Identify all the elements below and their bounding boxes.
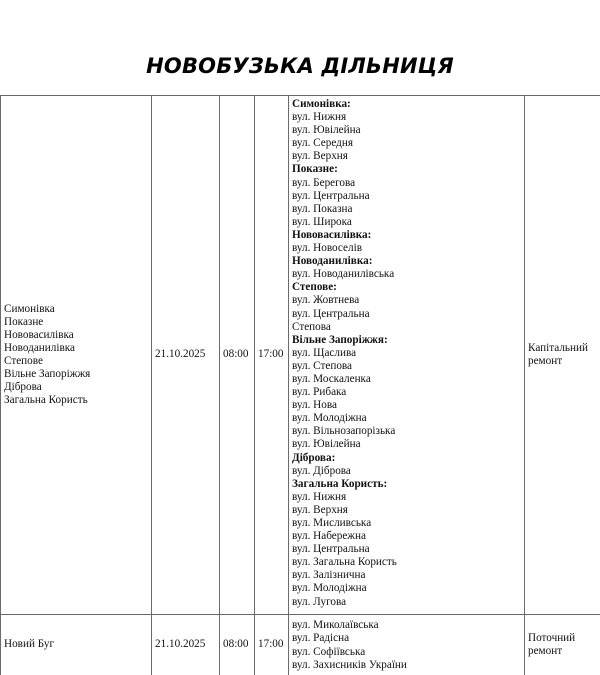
- outage-schedule-table: СимонівкаПоказнеНововасилівкаНоводанилів…: [0, 95, 600, 675]
- street-item: вул. Радісна: [292, 632, 521, 645]
- street-item: вул. Загальна Користь: [292, 556, 521, 569]
- settlement-heading: Новоданилівка:: [292, 255, 521, 268]
- street-item: вул. Рибака: [292, 386, 521, 399]
- settlements-cell: СимонівкаПоказнеНововасилівкаНоводанилів…: [1, 96, 152, 615]
- street-item: вул. Мисливська: [292, 517, 521, 530]
- street-item: вул. Миколаївська: [292, 619, 521, 632]
- settlement-heading: Степове:: [292, 281, 521, 294]
- street-item: вул. Молодіжна: [292, 412, 521, 425]
- start-time-cell: 08:00: [220, 615, 255, 675]
- street-item: вул. Степова: [292, 360, 521, 373]
- settlement-heading: Симонівка:: [292, 98, 521, 111]
- settlement-heading: Нововасилівка:: [292, 229, 521, 242]
- street-item: вул. Широка: [292, 216, 521, 229]
- street-item: вул. Середня: [292, 137, 521, 150]
- street-item: вул. Софіївська: [292, 646, 521, 659]
- settlement-heading: Показне:: [292, 163, 521, 176]
- street-item: вул. Ювілейна: [292, 124, 521, 137]
- street-item: вул. Новоселів: [292, 242, 521, 255]
- settlement-heading: Загальна Користь:: [292, 478, 521, 491]
- table-row: Новий Буг 21.10.2025 08:00 17:00 вул. Ми…: [1, 615, 600, 675]
- street-item: вул. Новоданилівська: [292, 268, 521, 281]
- cell-line: Степове: [4, 355, 148, 368]
- settlement-heading: Діброва:: [292, 452, 521, 465]
- street-item: вул. Показна: [292, 203, 521, 216]
- street-item: вул. Нова: [292, 399, 521, 412]
- street-item: вул. Вільнозапорізька: [292, 425, 521, 438]
- settlement-heading: Вільне Запоріжжя:: [292, 334, 521, 347]
- date-cell: 21.10.2025: [152, 615, 220, 675]
- street-item: вул. Берегова: [292, 177, 521, 190]
- date-cell: 21.10.2025: [152, 96, 220, 615]
- table-row: СимонівкаПоказнеНововасилівкаНоводанилів…: [1, 96, 600, 615]
- cell-line: Поточний: [528, 632, 600, 645]
- street-item: вул. Центральна: [292, 308, 521, 321]
- street-item: вул. Ювілейна: [292, 438, 521, 451]
- streets-cell: Симонівка:вул. Нижнявул. Ювілейнавул. Се…: [289, 96, 525, 615]
- cell-line: Симонівка: [4, 303, 148, 316]
- street-item: вул. Жовтнева: [292, 294, 521, 307]
- cell-line: ремонт: [528, 355, 600, 368]
- settlements-cell: Новий Буг: [1, 615, 152, 675]
- street-item: вул. Центральна: [292, 190, 521, 203]
- streets-cell: вул. Миколаївськавул. Радіснавул. Софіїв…: [289, 615, 525, 675]
- street-item: вул. Щаслива: [292, 347, 521, 360]
- cell-line: Новоданилівка: [4, 342, 148, 355]
- cell-line: Діброва: [4, 381, 148, 394]
- cell-line: Капітальний: [528, 342, 600, 355]
- cell-line: Вільне Запоріжжя: [4, 368, 148, 381]
- page-title: НОВОБУЗЬКА ДІЛЬНИЦЯ: [0, 54, 600, 78]
- work-type-cell: Капітальнийремонт: [525, 96, 600, 615]
- cell-line: ремонт: [528, 645, 600, 658]
- street-item: вул. Лугова: [292, 596, 521, 609]
- street-item: вул. Діброва: [292, 465, 521, 478]
- street-item: вул. Москаленка: [292, 373, 521, 386]
- street-item: вул. Молодіжна: [292, 582, 521, 595]
- cell-line: Новий Буг: [4, 638, 148, 651]
- start-time-cell: 08:00: [220, 96, 255, 615]
- street-item: вул. Центральна: [292, 543, 521, 556]
- street-item: вул. Набережна: [292, 530, 521, 543]
- street-item: вул. Верхня: [292, 504, 521, 517]
- street-item: вул. Нижня: [292, 491, 521, 504]
- street-item: вул. Захисників України: [292, 659, 521, 672]
- cell-line: Показне: [4, 316, 148, 329]
- street-item: Степова: [292, 321, 521, 334]
- cell-line: Загальна Користь: [4, 394, 148, 407]
- end-time-cell: 17:00: [255, 96, 289, 615]
- street-item: вул. Залізнична: [292, 569, 521, 582]
- cell-line: Нововасилівка: [4, 329, 148, 342]
- street-item: вул. Нижня: [292, 111, 521, 124]
- street-item: вул. Верхня: [292, 150, 521, 163]
- end-time-cell: 17:00: [255, 615, 289, 675]
- work-type-cell: Поточнийремонт: [525, 615, 600, 675]
